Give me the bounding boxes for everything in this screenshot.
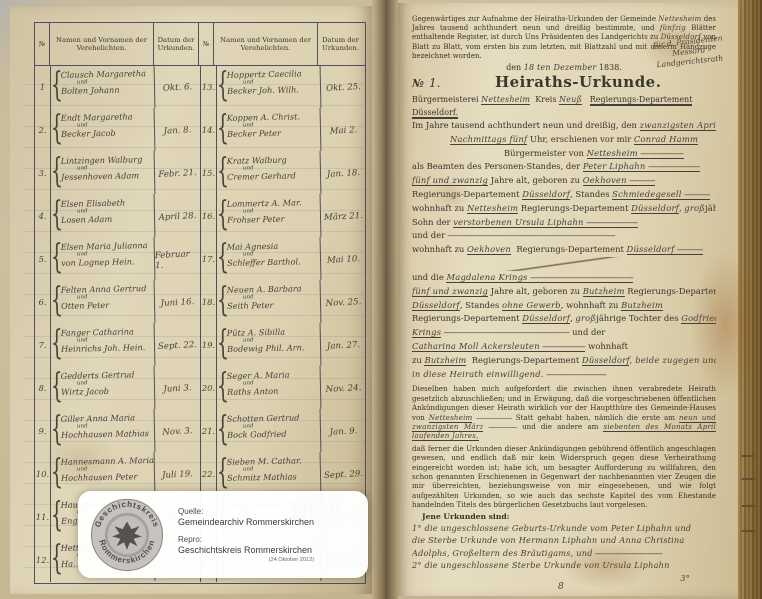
- entry-names: { Elsen Elisabeth und Losen Adam: [51, 194, 156, 239]
- form-line: fünf und zwanzig Jahre alt, geboren zu B…: [412, 285, 716, 299]
- printed-text: Jahre alt, geboren zu: [488, 286, 583, 296]
- register-entry-row: 20. { Seger A. Maria und Raths Anton Nov…: [201, 367, 366, 410]
- groom-name: Becker Joh. Wilh.: [227, 84, 320, 97]
- printed-text: Im Jahre tausend achthundert neun und dr…: [412, 120, 640, 130]
- entry-date: Mai 10.: [320, 237, 367, 282]
- printed-text: Regierungs-Departement: [511, 244, 627, 254]
- printed-text: Regierungs-Departement: [412, 189, 522, 199]
- handwritten-text: Conrad Hamm: [634, 134, 698, 145]
- certificate-no-value: 1.: [429, 76, 440, 90]
- entry-date: Jan. 18.: [320, 151, 367, 196]
- entry-date: Febr. 21.: [154, 151, 201, 196]
- entry-number: 18.: [201, 281, 217, 324]
- entry-date: Nov. 24.: [320, 366, 367, 411]
- groom-name: von Lognep Hein.: [61, 256, 154, 269]
- groom-name: Otten Peter: [61, 299, 154, 312]
- register-entry-row: 5. { Elsen Maria Julianna und von Lognep…: [35, 238, 200, 281]
- page-fore-edge: [738, 0, 762, 599]
- form-line: und der ――――――――――――――――――――: [412, 229, 716, 243]
- quelle-label: Quelle:: [178, 507, 314, 517]
- entry-number: 1: [35, 66, 51, 109]
- handwritten-text: Neuß: [559, 95, 582, 105]
- entry-number: 12.: [35, 539, 51, 582]
- printed-text: ――――― Statt gehabt haben, nämlich die er…: [472, 413, 678, 422]
- register-entry-row: 21. { Schotten Gertrud und Bock Godfried…: [201, 410, 366, 453]
- entry-number: 10.: [35, 453, 51, 496]
- entry-date: Februar 1.: [154, 237, 201, 282]
- certificate-content: Gegenwärtiges zur Aufnahme der Heiraths-…: [412, 15, 716, 585]
- printed-text: daß ferner die Urkunden dieser Ankündigu…: [412, 444, 716, 509]
- entry-names: { Hoppertz Caecilia und Becker Joh. Wilh…: [217, 65, 322, 110]
- printed-text: jährige Tochter des: [596, 313, 681, 323]
- entry-names: { Kratz Walburg und Cremer Gerhard: [217, 151, 322, 196]
- entry-brace: {: [217, 410, 230, 448]
- handwritten-text: Butzheim: [621, 300, 663, 311]
- register-entry-row: 4. { Elsen Elisabeth und Losen Adam Apri…: [35, 195, 200, 238]
- entry-brace: {: [217, 367, 230, 405]
- handwritten-text: fünf und zwanzig: [412, 175, 488, 186]
- repro-value: Geschichtskreis Rommerskirchen: [178, 545, 314, 556]
- handwritten-text: verstorbenen Ursula Liphahn ――――――: [453, 217, 638, 228]
- handwritten-text: Butzheim: [583, 286, 625, 297]
- register-entry-row: 7. { Fanger Catharina und Heinrichs Joh.…: [35, 324, 200, 367]
- handwritten-text: 18 ten Dezember: [524, 63, 597, 72]
- bride-name: Felten Anna Gertrud: [61, 283, 154, 296]
- handwritten-text: ohne Gewerb: [502, 300, 561, 311]
- handwritten-text: Düsseldorf: [412, 300, 460, 311]
- register-entry-row: 1 { Clausch Margaretha und Bolten Johann…: [35, 66, 200, 109]
- register-entry-row: 13. { Hoppertz Caecilia und Becker Joh. …: [201, 66, 366, 109]
- handwritten-text: Butzheim: [424, 355, 466, 366]
- entry-date: Juni 16.: [154, 280, 201, 325]
- form-line: die Sterbe Urkunde von Hermann Liphahn u…: [412, 534, 716, 547]
- handwritten-text: Düsseldorf ―――: [627, 244, 703, 255]
- form-line: zu Butzheim Regierungs-Departement Düsse…: [412, 354, 716, 368]
- form-line: Bürgermeister von Nettesheim ―――――: [412, 147, 716, 161]
- handwritten-text: groß: [575, 313, 596, 323]
- printed-text: den: [506, 63, 524, 72]
- printed-text: und der ――――――――――――――――――――: [412, 230, 615, 240]
- entry-brace: {: [217, 109, 230, 147]
- printed-text: wohnhaft: [585, 341, 628, 351]
- handwritten-text: Nachmittags fünf: [450, 134, 527, 145]
- form-line: Sohn der verstorbenen Ursula Liphahn ―――…: [412, 216, 716, 230]
- entry-names: { Mai Agnesia und Schleffer Barthol.: [217, 237, 322, 282]
- entry-names: { Clausch Margaretha und Bolten Johann: [51, 65, 156, 110]
- source-watermark: Geschichtskreis Rommerskirchen Quelle: G…: [78, 491, 368, 578]
- entry-names: { Pütz A. Sibilla und Bodewig Phil. Arn.: [217, 323, 322, 368]
- header-names: Namen und Vornamen der Verehelichten.: [214, 23, 318, 65]
- entry-date: Nov. 3.: [154, 409, 201, 454]
- form-line: Regierungs-Departement Düsseldorf, großj…: [412, 312, 716, 326]
- entry-date: Okt. 25.: [320, 65, 367, 110]
- entry-number: 7.: [35, 324, 51, 367]
- printed-text: Regierungs-Departement: [625, 286, 716, 296]
- register-entry-row: 14. { Koppen A. Christ. und Becker Peter…: [201, 109, 366, 152]
- groom-name: Schmitz Mathias: [227, 471, 320, 484]
- printed-text: und die: [412, 272, 446, 282]
- entry-names: { Endt Margaretha und Becker Jacob: [51, 108, 156, 153]
- groom-name: Bock Godfried: [227, 428, 320, 441]
- entry-number: 9.: [35, 410, 51, 453]
- entry-number: 20.: [201, 367, 217, 410]
- entry-names: { Lommertz A. Mar. und Frohser Peter: [217, 194, 322, 239]
- printed-text: Regierungs-Departement: [518, 203, 631, 213]
- form-line: Jene Urkunden sind:: [412, 512, 716, 521]
- form-line: 3°: [412, 572, 716, 585]
- scanned-book-photo: № Namen und Vornamen der Verehelichten. …: [0, 0, 762, 599]
- register-entry-row: 9. { Giller Anna Maria und Hochhausen Ma…: [35, 410, 200, 453]
- groom-name: Seith Peter: [227, 299, 320, 312]
- printed-text: zu: [412, 355, 424, 365]
- entry-number: 4.: [35, 195, 51, 238]
- entry-brace: {: [217, 238, 230, 276]
- certificate-no-label: №: [412, 77, 424, 90]
- register-entry-row: 2. { Endt Margaretha und Becker Jacob Ja…: [35, 109, 200, 152]
- entry-number: 3.: [35, 152, 51, 195]
- printed-text: Uhr, erschienen vor mir: [527, 134, 634, 144]
- header-no: №: [35, 23, 50, 65]
- handwritten-text: Düsseldorf: [522, 189, 570, 200]
- form-line: und die Magdalena Krings ――――――――――――: [412, 271, 716, 285]
- form-line: wohnhaft zu Oekhoven Regierungs-Departem…: [412, 243, 716, 257]
- entry-names: { Fanger Catharina und Heinrichs Joh. He…: [51, 323, 156, 368]
- handwritten-text: Düsseldorf: [522, 313, 570, 324]
- entry-brace: {: [217, 66, 230, 104]
- entry-date: Jan. 8.: [154, 108, 201, 153]
- handwritten-text: Oekhoven: [467, 244, 511, 255]
- handwritten-text: die Sterbe Urkunde von Hermann Liphahn u…: [412, 535, 684, 545]
- groom-name: Hochhausen Mathias: [61, 428, 154, 441]
- entry-brace: {: [51, 109, 64, 147]
- groom-name: Losen Adam: [61, 213, 154, 226]
- handwritten-text: 2° die ungeschlossene Sterbe Urkunde von…: [412, 560, 670, 570]
- printed-text: , wohnhaft zu: [561, 300, 621, 310]
- printed-text: Jene Urkunden sind:: [422, 512, 509, 521]
- quelle-value: Gemeindearchiv Rommerskirchen: [178, 517, 314, 528]
- printed-text: Jahre alt, geboren zu: [488, 175, 583, 185]
- form-line: [412, 257, 716, 271]
- entry-number: 15.: [201, 152, 217, 195]
- register-entry-row: 16. { Lommertz A. Mar. und Frohser Peter…: [201, 195, 366, 238]
- printed-text: Bürgermeister von: [504, 148, 587, 158]
- entry-names: { Koppen A. Christ. und Becker Peter: [217, 108, 322, 153]
- entry-number: 17.: [201, 238, 217, 281]
- form-line: Nachmittags fünf Uhr, erschienen vor mir…: [412, 133, 716, 147]
- entry-brace: {: [217, 195, 230, 233]
- form-line: Düsseldorf, Standes ohne Gewerb, wohnhaf…: [412, 299, 716, 313]
- handwritten-text: Nettesheim ―――――: [587, 148, 684, 159]
- entry-names: { Elsen Maria Julianna und von Lognep He…: [51, 237, 156, 282]
- form-line: Adolphs, Großeltern des Bräutigams, und …: [412, 547, 716, 560]
- form-line: fünf und zwanzig Jahre alt, geboren zu O…: [412, 174, 716, 188]
- printed-text: Gegenwärtiges zur Aufnahme der Heiraths-…: [412, 15, 658, 23]
- right-page: Gegenwärtiges zur Aufnahme der Heiraths-…: [398, 3, 738, 596]
- handwritten-text: Nettesheim: [467, 203, 518, 214]
- form-line: wohnhaft zu Nettesheim Regierungs-Depart…: [412, 202, 716, 216]
- header-date: Datum der Urkunden.: [154, 23, 199, 65]
- form-line: daß ferner die Urkunden dieser Ankündigu…: [412, 444, 716, 510]
- form-line: Catharina Moll Ackersleuten ――――― wohnha…: [412, 340, 716, 354]
- handwritten-text: Düsseldorf: [631, 203, 679, 214]
- handwritten-text: Oekhoven ―――: [583, 175, 656, 186]
- form-line: 2° die ungeschlossene Sterbe Urkunde von…: [412, 559, 716, 572]
- form-line: 1° die ungeschlossene Geburts-Urkunde vo…: [412, 522, 716, 535]
- entry-date: März 21.: [320, 194, 367, 239]
- entry-number: 5.: [35, 238, 51, 281]
- printed-text: , Standes: [570, 189, 612, 199]
- groom-name: Wirtz Jacob: [61, 385, 154, 398]
- form-line: Krings ――――――――――――――― und der: [412, 326, 716, 340]
- header-names: Namen und Vornamen der Verehelichten.: [50, 23, 154, 65]
- table-header: № Namen und Vornamen der Verehelichten. …: [35, 23, 365, 66]
- printed-text: wohnhaft zu: [412, 244, 467, 254]
- handwritten-text: groß: [684, 203, 705, 213]
- printed-text: , Standes: [460, 300, 502, 310]
- register-entry-row: 22. { Sieben M. Cathar. und Schmitz Math…: [201, 453, 366, 496]
- bride-name: Hannesmann A. Maria: [61, 455, 154, 468]
- entry-names: { Lintzingen Walburg und Jessenhoven Ada…: [51, 151, 156, 196]
- entry-brace: {: [51, 410, 64, 448]
- entry-number: 16.: [201, 195, 217, 238]
- groom-name: Becker Peter: [227, 127, 320, 140]
- entry-brace: {: [51, 496, 64, 534]
- handwritten-text: Adolphs, Großeltern des Bräutigams, und …: [412, 548, 663, 558]
- entry-brace: {: [51, 195, 64, 233]
- binding-stitch: [742, 478, 755, 480]
- entry-brace: {: [51, 281, 64, 319]
- groom-name: Heinrichs Joh. Hein.: [61, 342, 154, 355]
- handwritten-text: Catharina Moll Ackersleuten ―――――: [412, 341, 585, 352]
- entry-number: 13.: [201, 66, 217, 109]
- handwritten-text: Nettesheim: [658, 15, 701, 23]
- geschichtskreis-seal-icon: Geschichtskreis Rommerskirchen: [90, 498, 164, 572]
- form-line: Bürgermeisterei Nettesheim Kreis Neuß Re…: [412, 93, 716, 119]
- groom-name: Hochhausen Peter: [61, 471, 154, 484]
- handwritten-text: Düsseldorf: [582, 355, 630, 366]
- handwritten-text: fünfzig: [660, 24, 686, 32]
- binding-stitch: [742, 455, 755, 457]
- handwritten-text: Schmiedegesell ―――: [612, 189, 710, 200]
- entry-brace: {: [51, 539, 64, 577]
- printed-text: [582, 95, 590, 104]
- entry-number: 19.: [201, 324, 217, 367]
- register-entry-row: 17. { Mai Agnesia und Schleffer Barthol.…: [201, 238, 366, 281]
- entry-date: Okt. 6.: [154, 65, 201, 110]
- printed-text: ――――――――――――――― und der: [441, 327, 605, 337]
- entry-brace: {: [51, 66, 64, 104]
- printed-text: 1838.: [596, 63, 621, 72]
- stray-ink-mark: 8: [558, 582, 564, 592]
- entry-brace: {: [217, 324, 230, 362]
- register-entry-row: 15. { Kratz Walburg und Cremer Gerhard J…: [201, 152, 366, 195]
- entry-date: Mai 2.: [320, 108, 367, 153]
- watermark-text: Quelle: Gemeindearchiv Rommerskirchen Re…: [178, 507, 314, 563]
- groom-name: Cremer Gerhard: [227, 170, 320, 183]
- printed-text: jährigen: [705, 203, 716, 213]
- entry-number: 22.: [201, 453, 217, 496]
- form-lines: Bürgermeisterei Nettesheim Kreis Neuß Re…: [412, 93, 716, 585]
- groom-name: Schleffer Barthol.: [227, 256, 320, 269]
- form-line: als Beamten des Personen-Standes, der Pe…: [412, 160, 716, 174]
- form-line: Regierungs-Departement Düsseldorf, Stand…: [412, 188, 716, 202]
- bride-name: Clausch Margaretha: [61, 68, 154, 81]
- register-entry-row: 6. { Felten Anna Gertrud und Otten Peter…: [35, 281, 200, 324]
- entry-names: { Gedderts Gertrud und Wirtz Jacob: [51, 366, 156, 411]
- header-date: Datum der Urkunden.: [318, 23, 363, 65]
- handwritten-text: , beide zugegen und: [629, 355, 716, 365]
- handwritten-text: 3°: [680, 573, 690, 583]
- entry-names: { Schotten Gertrud und Bock Godfried: [217, 409, 322, 454]
- register-entry-row: 10. { Hannesmann A. Maria und Hochhausen…: [35, 453, 200, 496]
- title-row: № 1. Heiraths-Urkunde.: [412, 73, 716, 91]
- entry-brace: {: [51, 367, 64, 405]
- printed-text: als Beamten des Personen-Standes, der: [412, 161, 583, 171]
- entry-brace: {: [51, 453, 64, 491]
- entry-date: April 28.: [154, 194, 201, 239]
- repro-label: Repro:: [178, 535, 314, 545]
- binding-stitch: [742, 505, 755, 507]
- handwritten-text: zwanzigsten April: [640, 120, 716, 131]
- groom-name: Jessenhoven Adam: [61, 170, 154, 183]
- handwritten-text: Nettesheim: [481, 95, 530, 105]
- handwritten-text: Magdalena Krings ――――――――――――: [446, 272, 633, 283]
- handwritten-text: in diese Heirath einwilligend. ―――――――: [412, 369, 607, 379]
- register-entry-row: 19. { Pütz A. Sibilla und Bodewig Phil. …: [201, 324, 366, 367]
- handwritten-text: Godfried: [681, 313, 716, 324]
- register-entry-row: 18. { Neuen A. Barbara und Seith Peter N…: [201, 281, 366, 324]
- printed-text: Bürgermeisterei: [412, 95, 481, 104]
- entry-names: { Seger A. Maria und Raths Anton: [217, 366, 322, 411]
- entry-names: { Felten Anna Gertrud und Otten Peter: [51, 280, 156, 325]
- handwritten-text: Peter Liphahn ――――――: [583, 161, 700, 172]
- groom-name: Raths Anton: [227, 385, 320, 398]
- printed-text: Kreis: [530, 95, 559, 104]
- entry-brace: {: [217, 453, 230, 491]
- entry-names: { Giller Anna Maria und Hochhausen Mathi…: [51, 409, 156, 454]
- entry-number: 6.: [35, 281, 51, 324]
- printed-text: Regierungs-Departement: [412, 313, 522, 323]
- handwritten-text: 1° die ungeschlossene Geburts-Urkunde vo…: [412, 523, 691, 533]
- entry-brace: {: [51, 152, 64, 190]
- entry-date: Sept. 22.: [154, 323, 201, 368]
- entry-date: Juni 3.: [154, 366, 201, 411]
- handwritten-text: Krings: [412, 327, 441, 338]
- printed-text: Sohn der: [412, 217, 453, 227]
- groom-name: Bolten Johann: [61, 84, 154, 97]
- entry-date: Jan. 27.: [320, 323, 367, 368]
- entry-date: Jan. 9.: [320, 409, 367, 454]
- printed-text: Regierungs-Departement: [466, 355, 582, 365]
- form-line: Im Jahre tausend achthundert neun und dr…: [412, 119, 716, 133]
- printed-text: wohnhaft zu: [412, 203, 467, 213]
- entry-number: 14.: [201, 109, 217, 152]
- printed-text: ―――― und die andere am: [483, 422, 603, 431]
- header-no: №: [199, 23, 214, 65]
- entry-brace: {: [217, 152, 230, 190]
- handwritten-text: fünf und zwanzig: [412, 286, 488, 297]
- heiraths-urkunde-title: Heiraths-Urkunde.: [440, 73, 716, 91]
- repro-date: (24.Oktober 2012): [178, 557, 314, 563]
- entry-brace: {: [217, 281, 230, 319]
- form-line: Dieselben haben mich aufgefordert die zw…: [412, 384, 716, 440]
- entry-date: Nov. 25.: [320, 280, 367, 325]
- entry-brace: {: [51, 238, 64, 276]
- book-gutter: [372, 0, 398, 599]
- entry-number: 2.: [35, 109, 51, 152]
- entry-number: 8.: [35, 367, 51, 410]
- register-entry-row: 3. { Lintzingen Walburg und Jessenhoven …: [35, 152, 200, 195]
- binding-stitch: [742, 530, 755, 532]
- bride-name: Lintzingen Walburg: [61, 154, 154, 167]
- entry-brace: {: [51, 324, 64, 362]
- entry-names: { Neuen A. Barbara und Seith Peter: [217, 280, 322, 325]
- form-line: in diese Heirath einwilligend. ―――――――: [412, 368, 716, 382]
- register-entry-row: 8. { Gedderts Gertrud und Wirtz Jacob Ju…: [35, 367, 200, 410]
- bride-name: Elsen Maria Julianna: [61, 240, 154, 253]
- entry-number: 21.: [201, 410, 217, 453]
- groom-name: Bodewig Phil. Arn.: [227, 342, 320, 355]
- groom-name: Becker Jacob: [61, 127, 154, 140]
- entry-number: 11.: [35, 496, 51, 539]
- groom-name: Frohser Peter: [227, 213, 320, 226]
